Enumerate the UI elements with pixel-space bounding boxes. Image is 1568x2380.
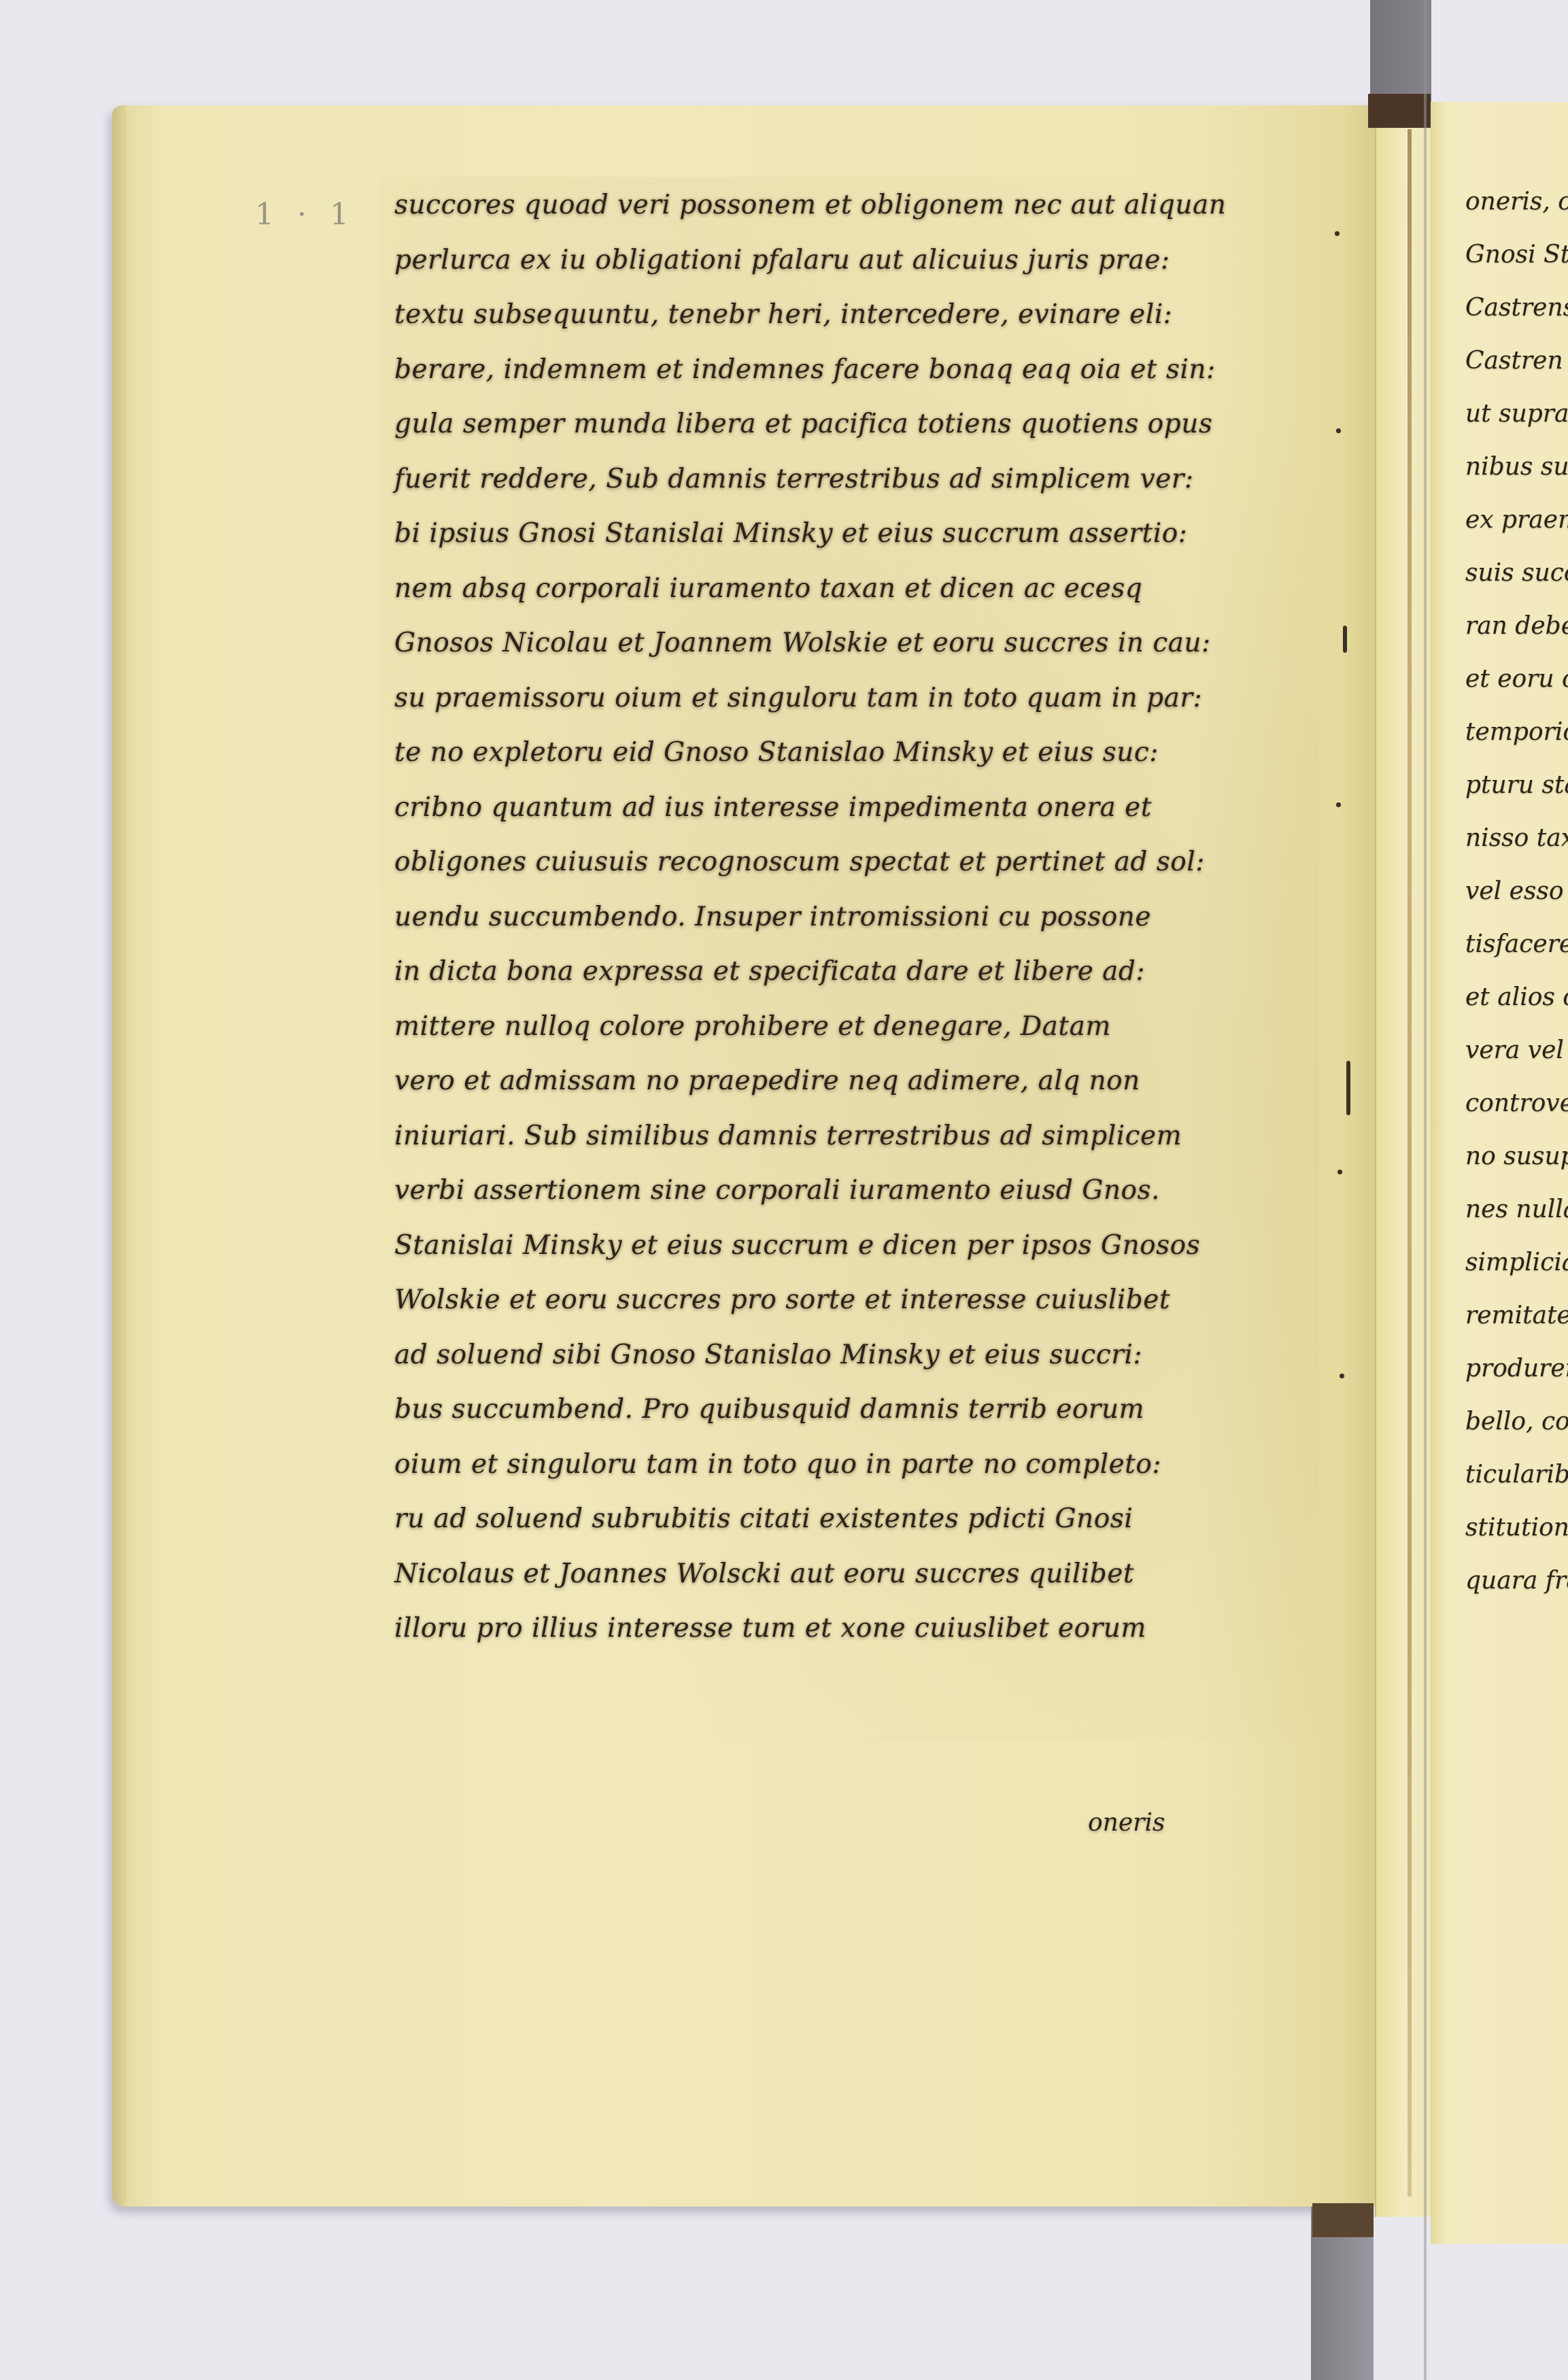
manuscript-line: iniuriari. Sub similibus damnis terrestr… <box>394 1109 1306 1164</box>
manuscript-line: nem absq corporali iuramento taxan et di… <box>394 562 1306 617</box>
manuscript-line: gula semper munda libera et pacifica tot… <box>394 397 1306 452</box>
manuscript-line: quara fra <box>1465 1554 1568 1608</box>
gutter-binding-crack <box>1408 129 1412 2196</box>
manuscript-line: nes nullas <box>1465 1183 1568 1236</box>
binding-strap-top <box>1370 0 1431 102</box>
manuscript-line: nibus suis q <box>1465 441 1568 494</box>
manuscript-line: suis succribu <box>1465 547 1568 600</box>
manuscript-line: ticularibus <box>1465 1448 1568 1501</box>
manuscript-line: temporio q <box>1465 706 1568 759</box>
manuscript-line: mittere nulloq colore prohibere et deneg… <box>394 1000 1306 1055</box>
manuscript-line: ex praemiss <box>1465 494 1568 547</box>
manuscript-line: bus succumbend. Pro quibusquid damnis te… <box>394 1382 1306 1438</box>
binding-leather-top <box>1368 94 1431 128</box>
manuscript-line: controversi <box>1465 1077 1568 1130</box>
manuscript-line: Stanislai Minsky et eius succrum e dicen… <box>394 1219 1306 1274</box>
manuscript-line: berare, indemnem et indemnes facere bona… <box>394 343 1306 398</box>
manuscript-line: oium et singuloru tam in toto quo in par… <box>394 1438 1306 1493</box>
manuscript-line: et eoru coq <box>1465 653 1568 706</box>
manuscript-line: nisso taxa <box>1465 812 1568 865</box>
manuscript-line: produren <box>1465 1342 1568 1395</box>
manuscript-line: oneris, con di <box>1465 175 1568 228</box>
manuscript-line: vera vel s <box>1465 1024 1568 1077</box>
glass-plate-edge <box>1424 0 1427 2380</box>
binding-leather-bottom <box>1312 2203 1374 2237</box>
manuscript-line: pturu star <box>1465 759 1568 812</box>
manuscript-line: textu subsequuntu, tenebr heri, interced… <box>394 288 1306 343</box>
manuscript-line: Wolskie et eoru succres pro sorte et int… <box>394 1273 1306 1328</box>
manuscript-line: Nicolaus et Joannes Wolscki aut eoru suc… <box>394 1547 1306 1602</box>
left-page-text-block: succores quoad veri possonem et obligone… <box>394 178 1306 1656</box>
folio-number: 1 · 1 <box>255 197 356 232</box>
manuscript-line: te no expletoru eid Gnoso Stanislao Mins… <box>394 726 1306 781</box>
manuscript-line: no susupts <box>1465 1130 1568 1183</box>
manuscript-line: cribno quantum ad ius interesse impedime… <box>394 781 1306 836</box>
manuscript-line: ut supra a <box>1465 388 1568 441</box>
manuscript-line: succores quoad veri possonem et obligone… <box>394 178 1306 233</box>
manuscript-line: vero et admissam no praepedire neq adime… <box>394 1054 1306 1109</box>
manuscript-line: in dicta bona expressa et specificata da… <box>394 945 1306 1000</box>
manuscript-line: Castren Capi <box>1465 335 1568 388</box>
manuscript-line: stitutionibu <box>1465 1501 1568 1554</box>
manuscript-line: ran debebu <box>1465 600 1568 653</box>
manuscript-line: Gnosos Nicolau et Joannem Wolskie et eor… <box>394 616 1306 671</box>
manuscript-line: ad soluend sibi Gnoso Stanislao Minsky e… <box>394 1328 1306 1383</box>
right-page-text-block: oneris, con di Gnosi Stanis Castrense C … <box>1465 175 1568 1608</box>
manuscript-line: Castrense C <box>1465 282 1568 335</box>
margin-ink-marks <box>1316 204 1363 1700</box>
manuscript-line: perlurca ex iu obligationi pfalaru aut a… <box>394 233 1306 288</box>
manuscript-line: bi ipsius Gnosi Stanislai Minsky et eius… <box>394 507 1306 562</box>
manuscript-line: et alios co <box>1465 971 1568 1024</box>
manuscript-line: verbi assertionem sine corporali iuramen… <box>394 1163 1306 1219</box>
manuscript-line: ru ad soluend subrubitis citati existent… <box>394 1492 1306 1547</box>
manuscript-line: obligones cuiusuis recognoscum spectat e… <box>394 835 1306 890</box>
manuscript-line: vel esso illo <box>1465 865 1568 918</box>
manuscript-line: tisfacere, e <box>1465 918 1568 971</box>
manuscript-line: uendu succumbendo. Insuper intromissioni… <box>394 890 1306 945</box>
manuscript-line: fuerit reddere, Sub damnis terrestribus … <box>394 452 1306 507</box>
manuscript-line: su praemissoru oium et singuloru tam in … <box>394 671 1306 726</box>
manuscript-line: bello, collo <box>1465 1395 1568 1448</box>
manuscript-line: illoru pro illius interesse tum et xone … <box>394 1601 1306 1656</box>
manuscript-line: simplicia, <box>1465 1236 1568 1289</box>
manuscript-line: remitatem <box>1465 1289 1568 1342</box>
catchword: oneris <box>1088 1809 1165 1837</box>
manuscript-line: Gnosi Stanis <box>1465 228 1568 282</box>
